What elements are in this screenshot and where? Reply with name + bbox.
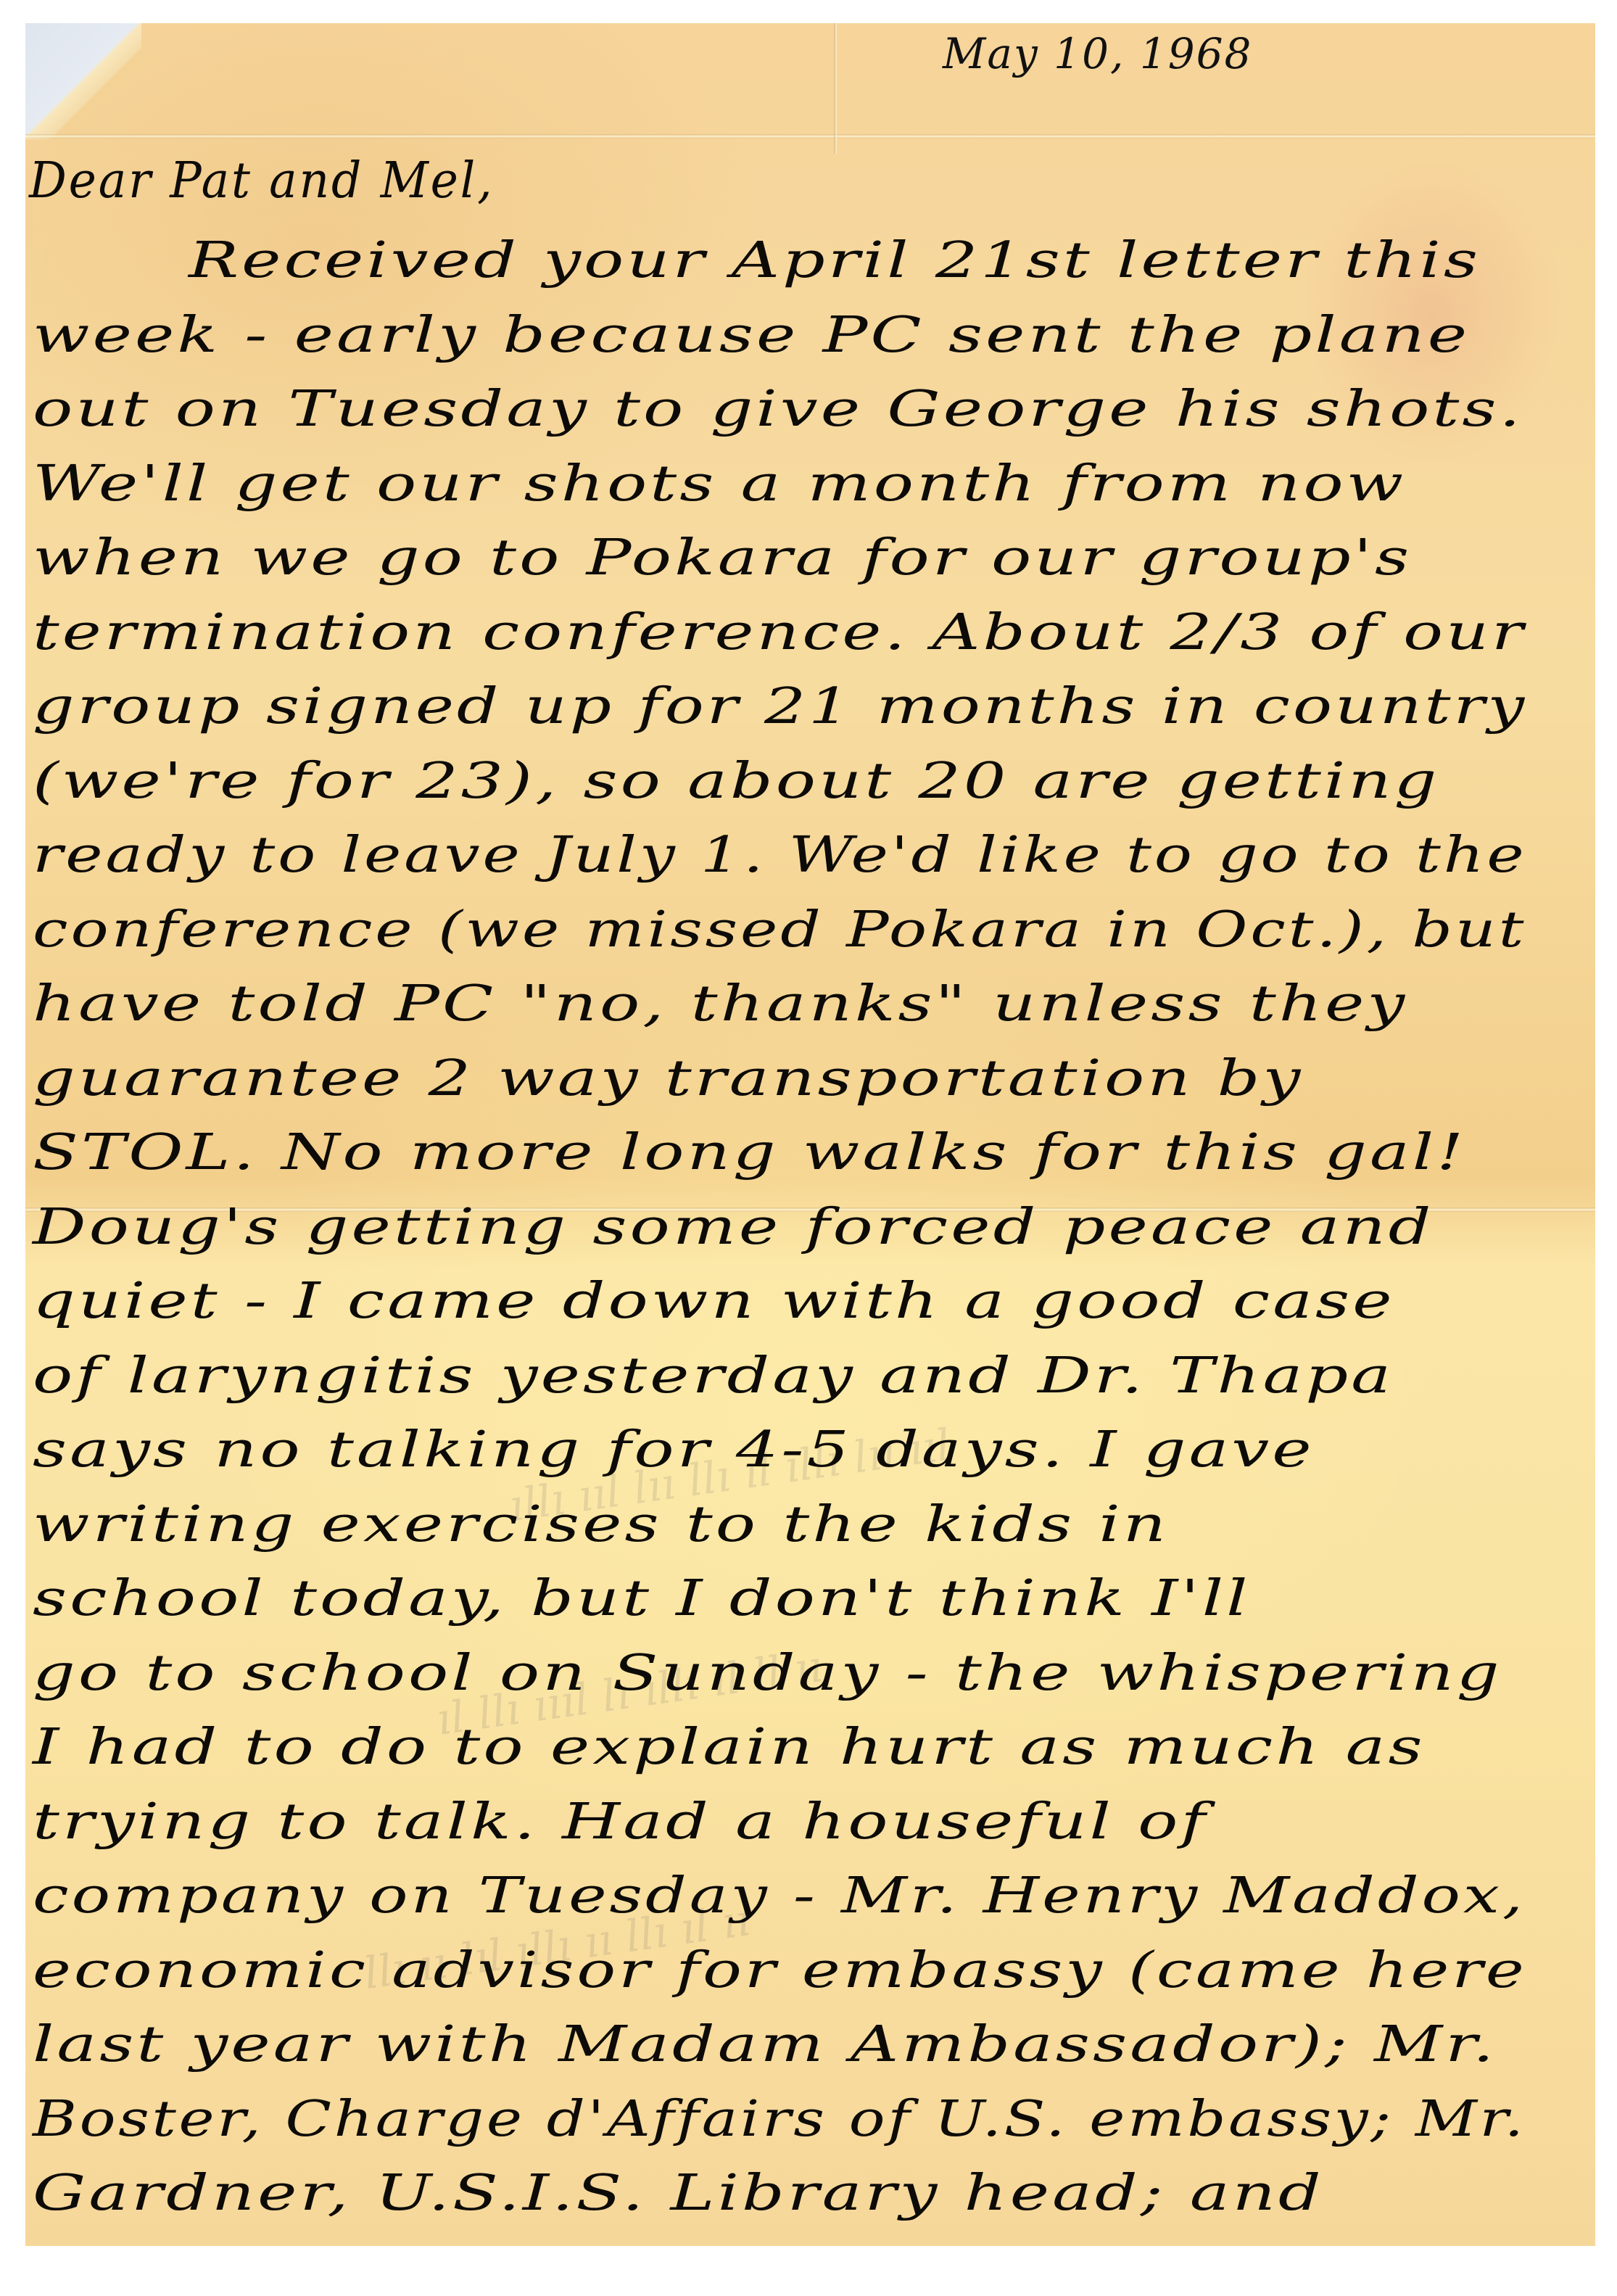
letter-line: of laryngitis yesterday and Dr. Thapa <box>33 1347 1394 1405</box>
letter-line: Boster, Charge d'Affairs of U.S. embassy… <box>33 2091 1526 2148</box>
letter-line: conference (we missed Pokara in Oct.), b… <box>33 901 1526 959</box>
letter-line: have told PC "no, thanks" unless they <box>33 975 1407 1033</box>
letter-line: Received your April 21st letter this <box>189 232 1481 289</box>
letter-line: ready to leave July 1. We'd like to go t… <box>33 827 1526 884</box>
letter-line: STOL. No more long walks for this gal! <box>33 1124 1466 1181</box>
letter-line: last year with Madam Ambassador); Mr. <box>33 2016 1497 2073</box>
letter-line: Gardner, U.S.I.S. Library head; and <box>33 2165 1324 2222</box>
letter-line: Doug's getting some forced peace and <box>33 1199 1434 1256</box>
letter-line: economic advisor for embassy (came here <box>33 1942 1527 1999</box>
letter-line: quiet - I came down with a good case <box>33 1273 1395 1330</box>
fold-crease <box>25 134 1595 139</box>
letter-line: I had to do to explain hurt as much as <box>33 1719 1426 1776</box>
letter-date: May 10, 1968 <box>943 29 1252 78</box>
letter-line: week - early because PC sent the plane <box>33 307 1470 364</box>
letter-line: writing exercises to the kids in <box>33 1496 1169 1553</box>
salutation: Dear Pat and Mel, <box>29 152 495 210</box>
letter-line: (we're for 23), so about 20 are getting <box>33 753 1439 810</box>
fold-crease <box>834 23 837 154</box>
folded-corner <box>25 23 141 139</box>
letter-line: go to school on Sunday - the whispering <box>33 1645 1502 1702</box>
letter-line: trying to talk. Had a houseful of <box>33 1793 1209 1851</box>
letter-line: school today, but I don't think I'll <box>33 1570 1251 1627</box>
letter-line: group signed up for 21 months in country <box>33 678 1527 735</box>
letter-line: guarantee 2 way transportation by <box>33 1050 1303 1107</box>
letter-line: says no talking for 4-5 days. I gave <box>33 1421 1315 1479</box>
letter-line: when we go to Pokara for our group's <box>33 529 1412 587</box>
letter-line: termination conference. About 2/3 of our <box>33 604 1526 661</box>
letter-line: We'll get our shots a month from now <box>33 455 1406 513</box>
letter-line: company on Tuesday - Mr. Henry Maddox, <box>33 1867 1526 1925</box>
letter-line: out on Tuesday to give George his shots. <box>33 381 1523 438</box>
